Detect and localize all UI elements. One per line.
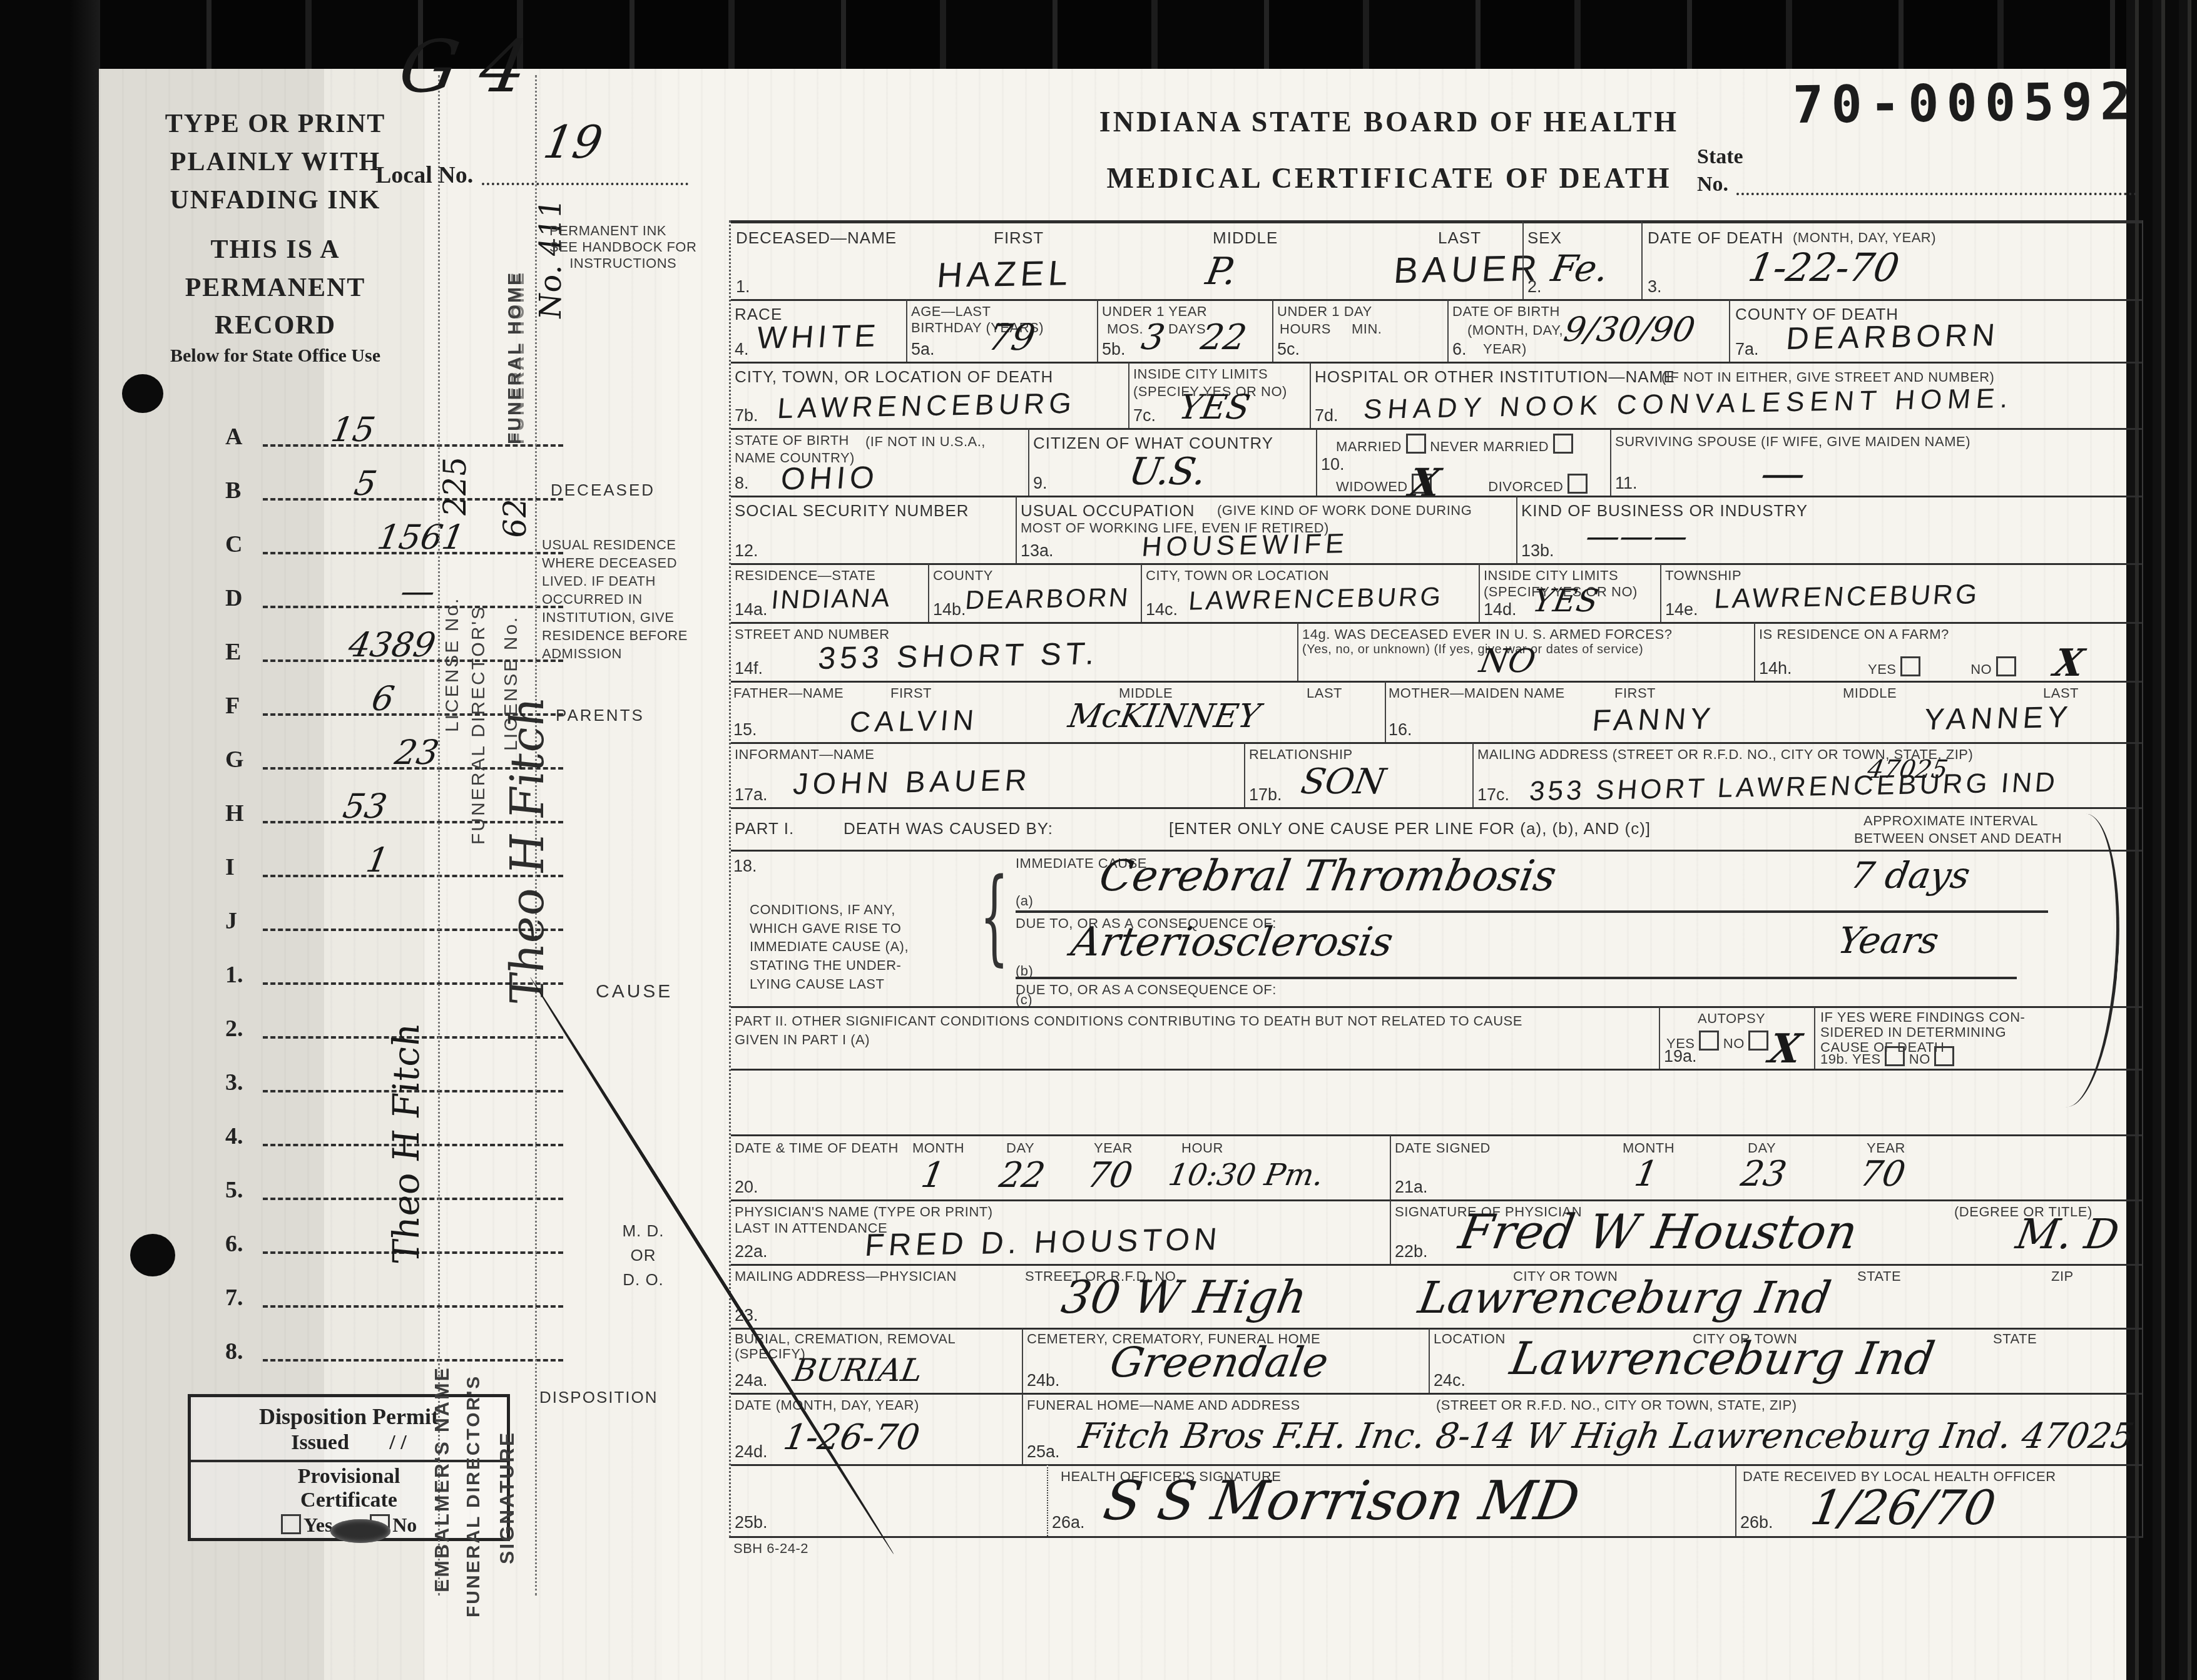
printers-ornament (330, 1519, 390, 1543)
field-city-of-death: CITY, TOWN, OR LOCATION OF DEATH 7b. LAW… (731, 362, 1128, 428)
field-street-number: STREET AND NUMBER 14f. 353 SHORT ST. (731, 622, 1297, 681)
row-letter: F (225, 692, 240, 720)
form-code: SBH 6-24-2 (733, 1540, 808, 1557)
state-office-row: 7. (225, 1261, 576, 1311)
field-township: TOWNSHIP 14e. LAWRENCEBURG (1660, 563, 2142, 622)
field-occupation: USUAL OCCUPATION (GIVE KIND OF WORK DONE… (1016, 496, 1516, 563)
field-cemetery: CEMETERY, CREMATORY, FUNERAL HOME 24b. G… (1022, 1328, 1429, 1393)
field-marital-status: MARRIED NEVER MARRIED 10. WIDOWED DIVORC… (1316, 428, 1610, 496)
married-checkbox (1406, 434, 1426, 454)
scanned-death-certificate: TYPE OR PRINT PLAINLY WITH UNFADING INK … (0, 0, 2197, 1680)
funeral-home-label: FUNERAL HOME (504, 181, 526, 444)
row-value: 5 (351, 464, 379, 503)
findings-no-checkbox (1934, 1046, 1954, 1066)
autopsy-no-x-mark: X (1765, 1026, 1805, 1072)
farm-yes-checkbox (1900, 656, 1920, 676)
field-informant-address: MAILING ADDRESS (STREET OR R.F.D. NO., C… (1472, 742, 2142, 807)
state-no-label: No. (1697, 173, 1728, 196)
license1-label: LICENSE No. (442, 519, 463, 732)
row-letter: 3. (225, 1069, 243, 1096)
book-mark-handwritten: G 4 (393, 25, 534, 109)
field-date-received: DATE RECEIVED BY LOCAL HEALTH OFFICER 26… (1735, 1464, 2142, 1536)
board-of-health-title: INDIANA STATE BOARD OF HEALTH (1039, 105, 1740, 138)
row-letter: 5. (225, 1176, 243, 1204)
field-residence-farm: IS RESIDENCE ON A FARM? 14h. YES NO X (1754, 622, 2142, 681)
row-value: 23 (392, 733, 442, 772)
field-surviving-spouse: SURVIVING SPOUSE (IF WIFE, GIVE MAIDEN N… (1610, 428, 2142, 496)
row-value: — (397, 571, 438, 611)
local-no-label: Local No. (375, 161, 473, 189)
field-burial-type: BURIAL, CREMATION, REMOVAL (SPECIFY) 24a… (731, 1328, 1022, 1393)
funeral-director-label-2: FUNERAL DIRECTOR'S (463, 1217, 484, 1617)
state-no-line (1736, 193, 2137, 195)
row-letter: 6. (225, 1230, 243, 1258)
license2-value: 62 (497, 436, 533, 539)
disposition-permit-box: Disposition Permit Issued / / Provisiona… (188, 1394, 510, 1541)
field-age: AGE—LAST BIRTHDAY (YEARS) 5a. 79 (906, 299, 1097, 362)
part2-block: PART II. OTHER SIGNIFICANT CONDITIONS CO… (731, 1006, 1659, 1069)
field-state-of-birth: STATE OF BIRTH (IF NOT IN U.S.A., NAME C… (731, 428, 1028, 496)
field-race: RACE 4. WHITE (731, 299, 906, 362)
field-physician-signature: SIGNATURE OF PHYSICIAN (DEGREE OR TITLE)… (1390, 1199, 2142, 1264)
divorced-checkbox (1567, 474, 1588, 494)
row-letter: A (225, 423, 242, 451)
row-letter: 7. (225, 1284, 243, 1311)
autopsy-yes-checkbox (1699, 1031, 1719, 1051)
field-date-time-of-death: DATE & TIME OF DEATH MONTH DAY YEAR HOUR… (731, 1134, 1390, 1199)
permit-yes-checkbox (281, 1514, 301, 1534)
field-under-1-day: UNDER 1 DAY HOURS MIN. 5c. (1272, 299, 1447, 362)
conditions-note: CONDITIONS, IF ANY, WHICH GAVE RISE TO I… (750, 900, 909, 993)
state-office-use-label: Below for State Office Use (128, 345, 422, 367)
field-father-name: FATHER—NAME FIRST MIDDLE LAST 15. CALVIN… (731, 681, 1385, 742)
form-grid: DECEASED—NAME FIRST MIDDLE LAST 1. HAZEL… (729, 220, 2143, 1538)
row-letter: G (225, 746, 244, 773)
findings-yes-checkbox (1885, 1046, 1905, 1066)
parents-side-label: PARENTS (556, 706, 645, 725)
state-label: State (1697, 145, 1743, 169)
field-inside-city-limits-2: INSIDE CITY LIMITS (SPECIFY YES OR NO) 1… (1479, 563, 1660, 622)
field-physician-address: MAILING ADDRESS—PHYSICIAN STREET OR R.F.… (731, 1264, 2142, 1328)
field-citizen: CITIZEN OF WHAT COUNTRY 9. U.S. (1028, 428, 1316, 496)
state-office-row: 8. (225, 1315, 576, 1365)
field-deceased-name: DECEASED—NAME FIRST MIDDLE LAST 1. HAZEL… (731, 220, 1522, 299)
row-value: 4389 (345, 625, 439, 664)
field-ssn: SOCIAL SECURITY NUMBER 12. (731, 496, 1016, 563)
scan-dark-left-edge (0, 0, 99, 1680)
permanent-ink-note: PERMANENT INK SEE HANDBOCK FOR INSTRUCTI… (549, 223, 696, 272)
funeral-director-label: FUNERAL DIRECTOR'S (468, 494, 489, 845)
row-letter: D (225, 584, 242, 612)
certificate-title: MEDICAL CERTIFICATE OF DEATH (1039, 161, 1740, 195)
deceased-side-label: DECEASED (551, 481, 655, 500)
cause-of-death-block: 18. IMMEDIATE CAUSE (a) Cerebral Thrombo… (731, 850, 2142, 1006)
type-or-print-notice: TYPE OR PRINT PLAINLY WITH UNFADING INK … (125, 105, 426, 345)
never-married-checkbox (1553, 434, 1573, 454)
row-value: 6 (369, 679, 397, 718)
field-date-of-birth: DATE OF BIRTH (MONTH, DAY, YEAR) 6. 9/30… (1447, 299, 1729, 362)
local-no-line (482, 183, 688, 185)
farm-no-checkbox (1996, 656, 2016, 676)
field-county-of-death: COUNTY OF DEATH 7a. DEARBORN (1729, 299, 2142, 362)
autopsy-no-checkbox (1748, 1031, 1768, 1051)
row-letter: 4. (225, 1123, 243, 1150)
disposition-side-label: DISPOSITION (539, 1388, 658, 1407)
row-letter: 2. (225, 1015, 243, 1042)
field-residence-state: RESIDENCE—STATE 14a. INDIANA (731, 563, 928, 622)
field-hospital: HOSPITAL OR OTHER INSTITUTION—NAME (IF N… (1310, 362, 2142, 428)
certificate-number-stamp: 70-000592 (1793, 72, 2139, 135)
farm-no-x-mark: X (2051, 641, 2087, 685)
cause-side-label: CAUSE (596, 981, 673, 1002)
row-letter: 1. (225, 961, 243, 989)
field-burial-date: DATE (MONTH, DAY, YEAR) 24d. 1-26-70 (731, 1393, 1022, 1464)
field-health-officer-signature: HEALTH OFFICER'S SIGNATURE 26a. S S Morr… (1047, 1464, 1735, 1536)
field-armed-forces: 14g. WAS DECEASED EVER IN U. S. ARMED FO… (1297, 622, 1754, 681)
field-funeral-home: FUNERAL HOME—NAME AND ADDRESS (STREET OR… (1022, 1393, 2142, 1464)
row-value: 53 (340, 787, 390, 826)
field-industry: KIND OF BUSINESS OR INDUSTRY 13b. ——— (1516, 496, 2142, 563)
field-autopsy: AUTOPSY YES NO 19a. X (1659, 1006, 1814, 1069)
hole-punch-top (122, 374, 163, 413)
field-inside-city-limits-1: INSIDE CITY LIMITS (SPECIFY YES OR NO) 7… (1128, 362, 1310, 428)
field-date-of-death: DATE OF DEATH (MONTH, DAY, YEAR) 3. 1-22… (1641, 220, 2142, 299)
film-strip-top (0, 0, 2197, 74)
field-physician-name: PHYSICIAN'S NAME (TYPE OR PRINT) LAST IN… (731, 1199, 1390, 1264)
field-sex: SEX 2. Fe. (1522, 220, 1641, 299)
row-letter: C (225, 531, 242, 558)
part1-header: PART I. DEATH WAS CAUSED BY: [ENTER ONLY… (731, 807, 1835, 850)
field-residence-county: COUNTY 14b. DEARBORN (928, 563, 1141, 622)
row-letter: B (225, 477, 241, 504)
field-relationship: RELATIONSHIP 17b. SON (1244, 742, 1472, 807)
md-or-do-side-label: M. D. OR D. O. (606, 1219, 681, 1292)
row-letter: H (225, 800, 244, 827)
row-letter: J (225, 907, 237, 935)
field-mother-name: MOTHER—MAIDEN NAME FIRST MIDDLE LAST 16.… (1385, 681, 2142, 742)
hole-punch-bottom (130, 1234, 175, 1276)
signature-label: SIGNATURE (496, 1289, 519, 1564)
row-letter: I (225, 853, 235, 881)
embalmer-name-handwritten: Theo H Fitch (385, 862, 427, 1266)
row-letter: E (225, 638, 241, 666)
field-date-signed: DATE SIGNED MONTH DAY YEAR 21a. 1 23 70 (1390, 1134, 2142, 1199)
row-letter: 8. (225, 1338, 243, 1365)
local-no-value: 19 (540, 116, 606, 168)
field-25b: 25b. (731, 1464, 1047, 1536)
embalmer-name-label: EMBALMER'S NAME (431, 1217, 454, 1592)
field-informant: INFORMANT—NAME 17a. JOHN BAUER (731, 742, 1244, 807)
field-burial-location: LOCATION CITY OR TOWN STATE 24c. Lawrenc… (1429, 1328, 2142, 1393)
brace-glyph: { (980, 855, 1009, 975)
row-value: 15 (328, 410, 378, 449)
usual-residence-side-label: USUAL RESIDENCE WHERE DECEASED LIVED. IF… (542, 536, 688, 663)
blank-row (731, 1069, 2142, 1134)
field-under-1-year: UNDER 1 YEAR MOS. DAYS 5b. 3 22 (1097, 299, 1272, 362)
field-residence-city: CITY, TOWN OR LOCATION 14c. LAWRENCEBURG (1141, 563, 1479, 622)
